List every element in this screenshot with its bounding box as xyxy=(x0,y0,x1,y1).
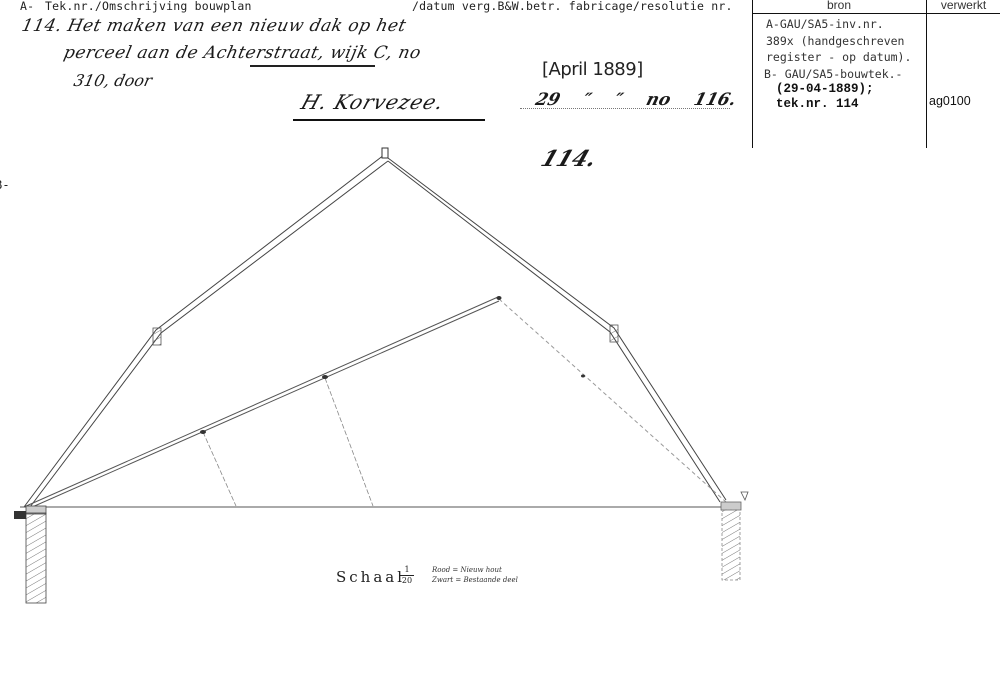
inner-rafter xyxy=(24,297,499,508)
scale-fraction: 1 20 xyxy=(400,565,414,586)
scale-label: Schaal xyxy=(336,568,405,586)
right-purlin xyxy=(610,325,618,342)
color-legend: Rood = Nieuw hout Zwart = Bestaande deel xyxy=(432,565,518,585)
legend-existing: Zwart = Bestaande deel xyxy=(432,575,518,585)
left-wall xyxy=(26,513,46,603)
legend-new: Rood = Nieuw hout xyxy=(432,565,518,575)
main-rafters xyxy=(24,155,726,507)
scale-numerator: 1 xyxy=(400,565,414,576)
bolt-markers xyxy=(200,296,585,434)
right-wall-plate xyxy=(721,502,741,510)
right-gutter xyxy=(741,492,748,500)
left-gutter xyxy=(14,511,26,519)
struts xyxy=(203,378,373,506)
right-wall xyxy=(722,510,740,580)
ridge-post xyxy=(382,148,388,158)
scale-denominator: 20 xyxy=(400,576,414,586)
left-purlin xyxy=(153,328,161,345)
